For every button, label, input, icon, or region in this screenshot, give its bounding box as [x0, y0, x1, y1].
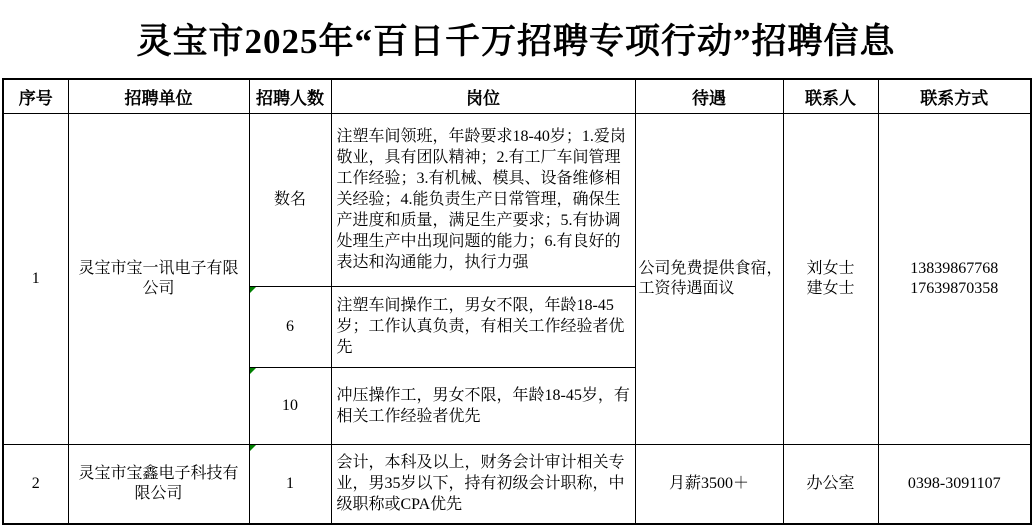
contact-cell: 刘女士 建女士	[783, 113, 878, 444]
headcount-cell: 10	[249, 367, 331, 444]
salary-line: 工资待遇面议	[639, 279, 783, 299]
seq-cell: 1	[3, 113, 68, 444]
headcount-value: 6	[286, 318, 294, 335]
number-as-text-flag-icon	[250, 368, 256, 374]
phone-line: 13839867768	[879, 259, 1031, 279]
salary-cell: 月薪3500＋	[635, 444, 783, 524]
column-header-phone: 联系方式	[878, 79, 1031, 113]
column-header-headcount: 招聘人数	[249, 79, 331, 113]
number-as-text-flag-icon	[250, 445, 256, 451]
headcount-value: 10	[282, 397, 298, 414]
column-header-seq: 序号	[3, 79, 68, 113]
contact-cell: 办公室	[783, 444, 878, 524]
company-name-line: 灵宝市宝一讯电子有限	[69, 259, 249, 279]
contact-line: 建女士	[784, 279, 878, 299]
table-row: 2 灵宝市宝鑫电子科技有 限公司 1 会计，本科及以上，财务会计审计相关专业，男…	[3, 444, 1031, 524]
column-header-position: 岗位	[331, 79, 635, 113]
position-cell: 冲压操作工，男女不限，年龄18-45岁，有相关工作经验者优先	[331, 367, 635, 444]
recruitment-info-page: 灵宝市2025年“百日千万招聘专项行动”招聘信息 序号 招聘单位 招聘人数 岗位…	[0, 0, 1032, 525]
column-header-salary: 待遇	[635, 79, 783, 113]
position-cell: 注塑车间领班，年龄要求18-40岁；1.爱岗敬业，具有团队精神；2.有工厂车间管…	[331, 113, 635, 286]
page-title: 灵宝市2025年“百日千万招聘专项行动”招聘信息	[0, 0, 1032, 78]
contact-line: 刘女士	[784, 259, 878, 279]
salary-line: 公司免费提供食宿，	[639, 259, 783, 279]
headcount-cell: 6	[249, 286, 331, 367]
headcount-value: 1	[286, 475, 294, 492]
phone-cell: 0398-3091107	[878, 444, 1031, 524]
phone-line: 17639870358	[879, 279, 1031, 299]
table-row: 1 灵宝市宝一讯电子有限 公司 数名 注塑车间领班，年龄要求18-40岁；1.爱…	[3, 113, 1031, 286]
company-cell: 灵宝市宝一讯电子有限 公司	[68, 113, 249, 444]
seq-cell: 2	[3, 444, 68, 524]
company-name-line: 灵宝市宝鑫电子科技有	[69, 464, 249, 484]
position-cell: 注塑车间操作工，男女不限，年龄18-45岁；工作认真负责，有相关工作经验者优先	[331, 286, 635, 367]
column-header-contact: 联系人	[783, 79, 878, 113]
company-cell: 灵宝市宝鑫电子科技有 限公司	[68, 444, 249, 524]
headcount-cell: 数名	[249, 113, 331, 286]
recruitment-table: 序号 招聘单位 招聘人数 岗位 待遇 联系人 联系方式 1 灵宝市宝一讯电子有限…	[2, 78, 1032, 525]
position-cell: 会计，本科及以上，财务会计审计相关专业，男35岁以下，持有初级会计职称，中级职称…	[331, 444, 635, 524]
salary-cell: 公司免费提供食宿， 工资待遇面议	[635, 113, 783, 444]
column-header-company: 招聘单位	[68, 79, 249, 113]
headcount-cell: 1	[249, 444, 331, 524]
header-row: 序号 招聘单位 招聘人数 岗位 待遇 联系人 联系方式	[3, 79, 1031, 113]
company-name-line: 公司	[69, 279, 249, 299]
company-name-line: 限公司	[69, 484, 249, 504]
number-as-text-flag-icon	[250, 287, 256, 293]
phone-cell: 13839867768 17639870358	[878, 113, 1031, 444]
